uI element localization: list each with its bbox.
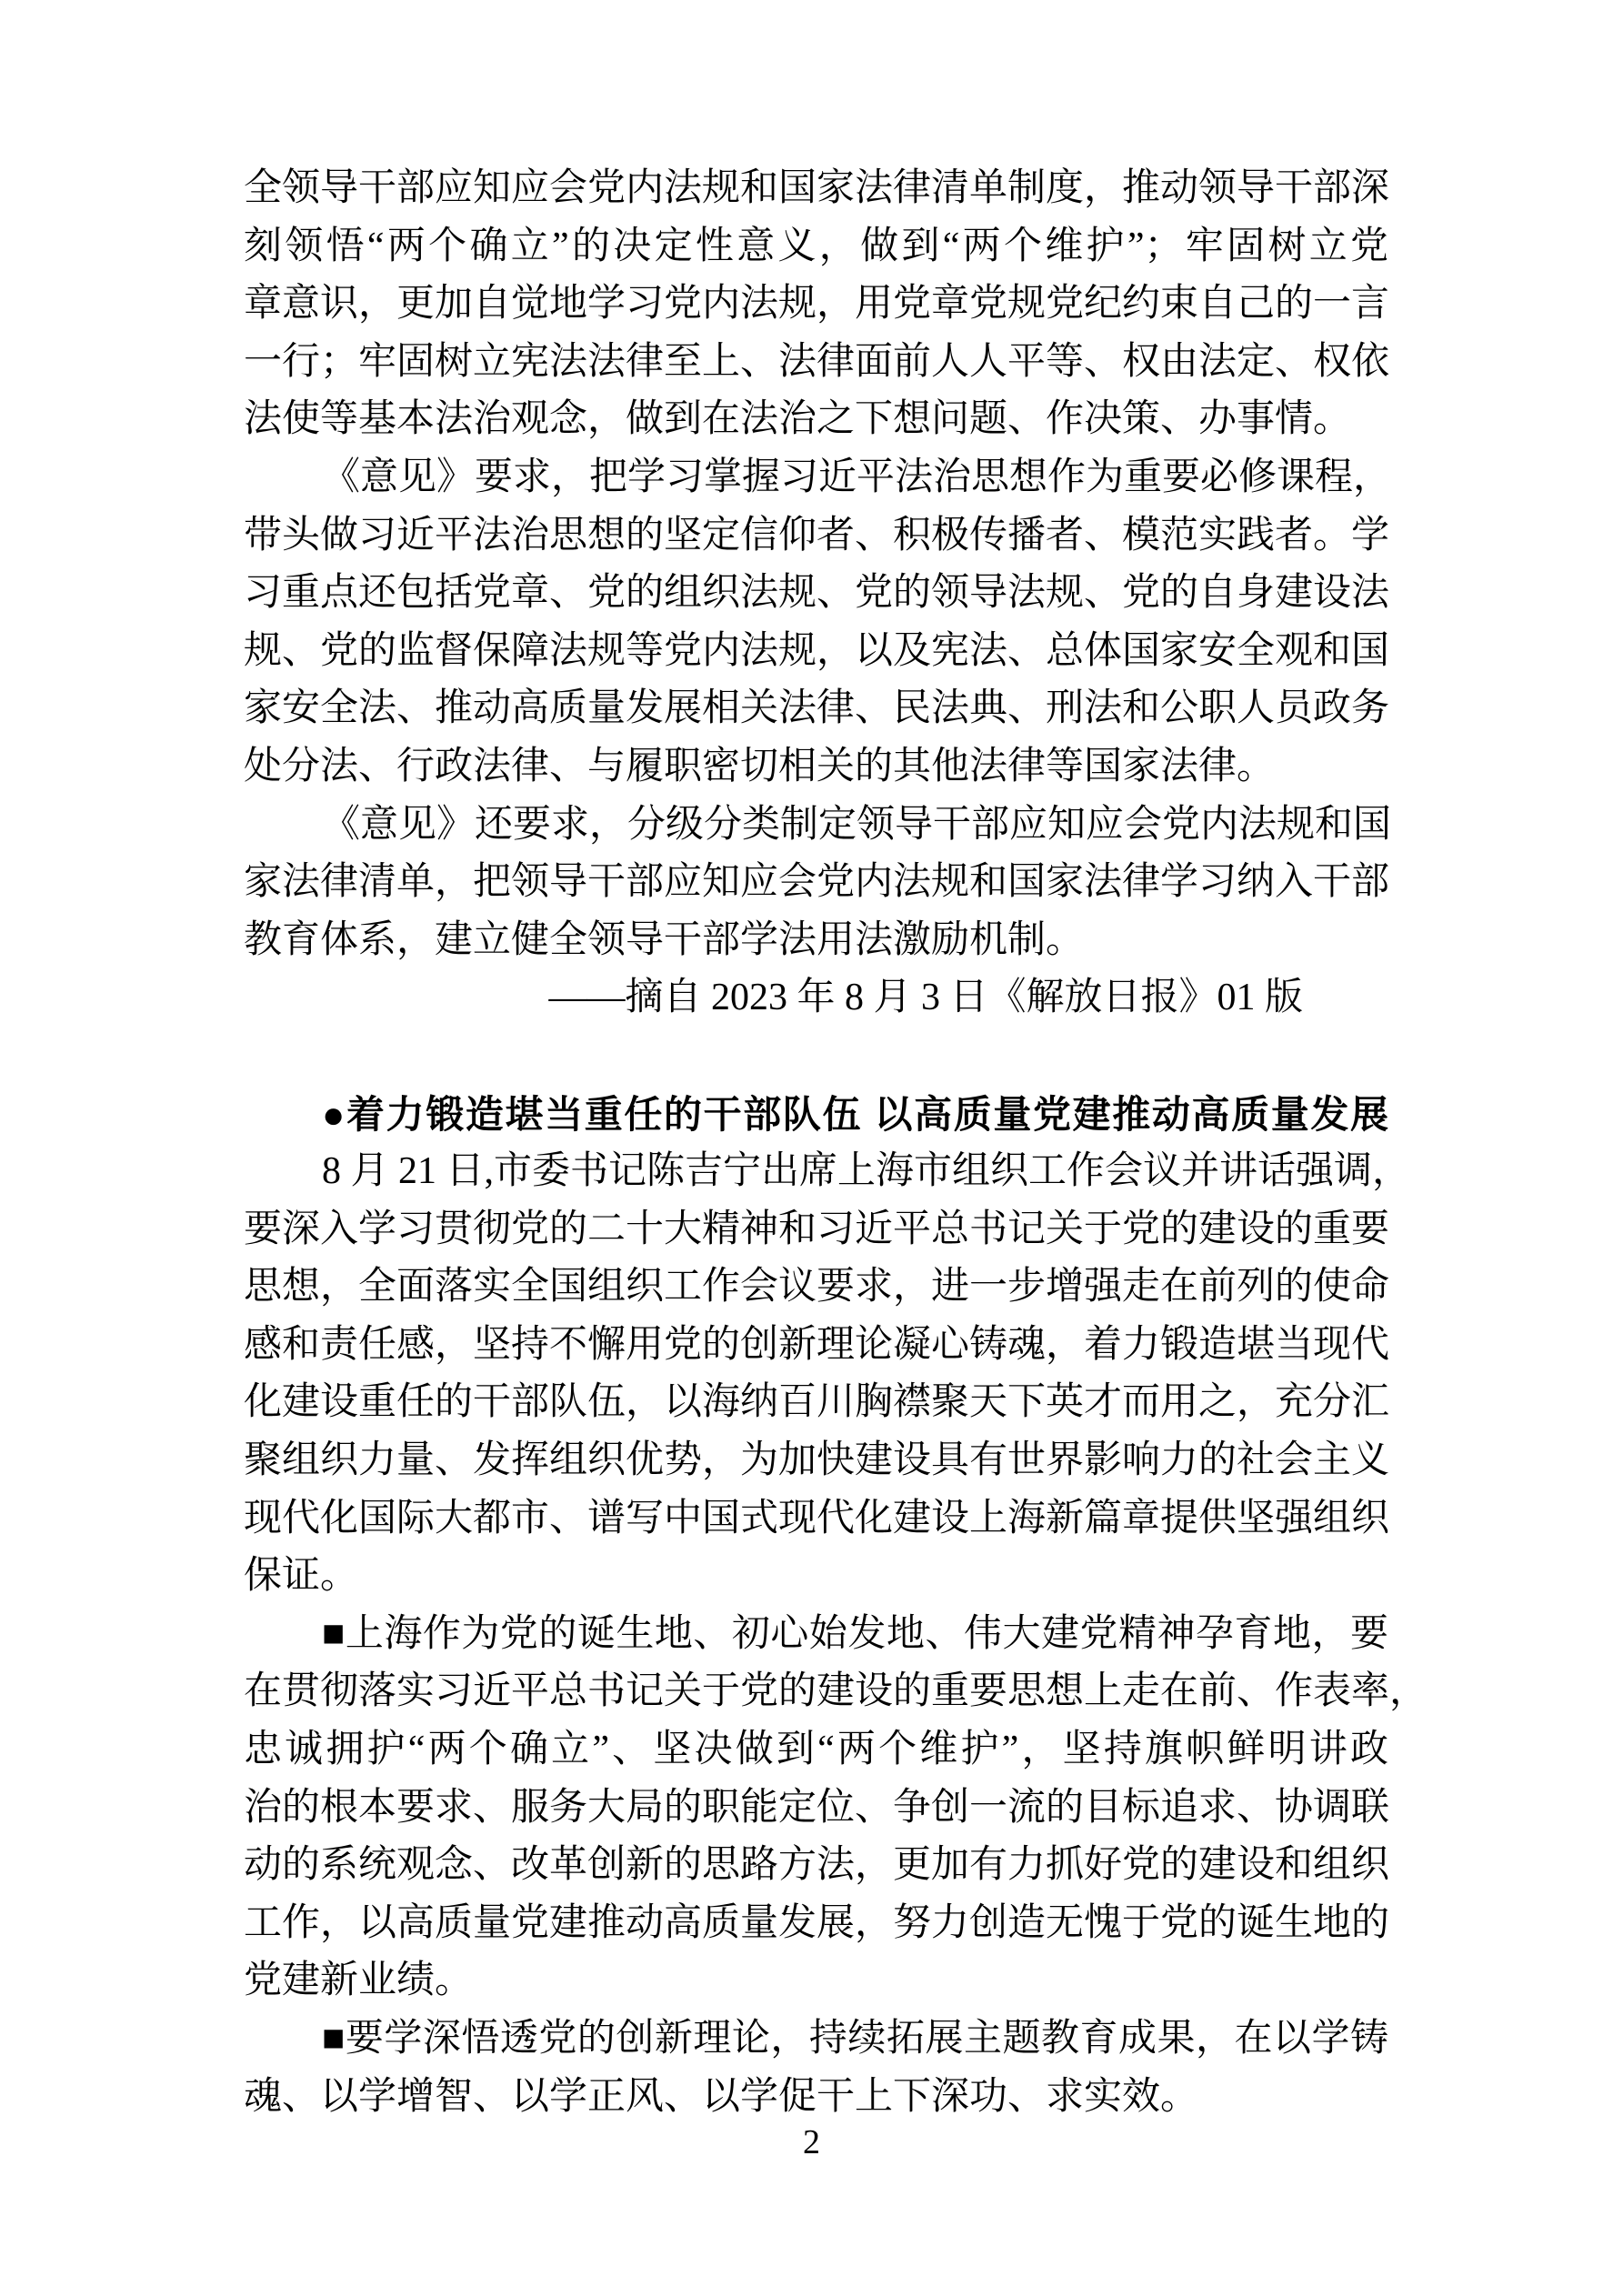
text-line: 8 月 21 日,市委书记陈吉宁出席上海市组织工作会议并讲话强调， [244,1143,1388,1201]
text-line: 现代化国际大都市、谱写中国式现代化建设上海新篇章提供坚强组织 [244,1490,1388,1549]
text-line: 感和责任感，坚持不懈用党的创新理论凝心铸魂，着力锻造堪当现代 [244,1317,1388,1375]
text-line: 忠诚拥护“两个确立”、坚决做到“两个维护”，坚持旗帜鲜明讲政 [244,1721,1388,1780]
text-line: 处分法、行政法律、与履职密切相关的其他法律等国家法律。 [244,738,1388,797]
text-line: 带头做习近平法治思想的坚定信仰者、积极传播者、模范实践者。学 [244,507,1388,566]
text-line: 《意见》还要求，分级分类制定领导干部应知应会党内法规和国 [244,797,1388,855]
attribution-line: ——摘自 2023 年 8 月 3 日《解放日报》01 版 [244,969,1388,1028]
text-line: 一行；牢固树立宪法法律至上、法律面前人人平等、权由法定、权依 [244,334,1388,392]
document-body: 全领导干部应知应会党内法规和国家法律清单制度，推动领导干部深刻领悟“两个确立”的… [244,160,1388,2126]
text-line: 家安全法、推动高质量发展相关法律、民法典、刑法和公职人员政务 [244,680,1388,738]
text-line: 章意识，更加自觉地学习党内法规，用党章党规党纪约束自己的一言 [244,276,1388,334]
text-line: 《意见》要求，把学习掌握习近平法治思想作为重要必修课程， [244,449,1388,507]
text-line: 魂、以学增智、以学正风、以学促干上下深功、求实效。 [244,2069,1388,2127]
text-line: 全领导干部应知应会党内法规和国家法律清单制度，推动领导干部深 [244,160,1388,218]
text-line: 规、党的监督保障法规等党内法规，以及宪法、总体国家安全观和国 [244,623,1388,681]
page-number: 2 [803,2123,820,2161]
text-line: 工作，以高质量党建推动高质量发展，努力创造无愧于党的诞生地的 [244,1895,1388,1953]
text-line: 教育体系，建立健全领导干部学法用法激励机制。 [244,912,1388,970]
section-heading: ●着力锻造堪当重任的干部队伍 以高质量党建推动高质量发展 [244,1086,1388,1144]
text-line: 刻领悟“两个确立”的决定性意义，做到“两个维护”；牢固树立党 [244,218,1388,276]
text-line: ■上海作为党的诞生地、初心始发地、伟大建党精神孕育地，要 [244,1606,1388,1664]
page-footer: 2 [0,2122,1623,2162]
text-line: 思想，全面落实全国组织工作会议要求，进一步增强走在前列的使命 [244,1258,1388,1317]
text-line: 化建设重任的干部队伍，以海纳百川胸襟聚天下英才而用之，充分汇 [244,1374,1388,1432]
text-line: 法使等基本法治观念，做到在法治之下想问题、作决策、办事情。 [244,391,1388,449]
text-line: ■要学深悟透党的创新理论，持续拓展主题教育成果，在以学铸 [244,2010,1388,2069]
text-line: 要深入学习贯彻党的二十大精神和习近平总书记关于党的建设的重要 [244,1201,1388,1259]
text-line: 家法律清单，把领导干部应知应会党内法规和国家法律学习纳入干部 [244,854,1388,912]
text-line: 治的根本要求、服务大局的职能定位、争创一流的目标追求、协调联 [244,1780,1388,1838]
text-line: 在贯彻落实习近平总书记关于党的建设的重要思想上走在前、作表率， [244,1663,1388,1721]
text-line: 党建新业绩。 [244,1952,1388,2010]
document-page: 全领导干部应知应会党内法规和国家法律清单制度，推动领导干部深刻领悟“两个确立”的… [0,0,1623,2296]
text-line: 保证。 [244,1548,1388,1606]
text-line: 动的系统观念、改革创新的思路方法，更加有力抓好党的建设和组织 [244,1837,1388,1895]
text-line: 聚组织力量、发挥组织优势，为加快建设具有世界影响力的社会主义 [244,1432,1388,1490]
paragraph-spacer [244,1028,1388,1086]
text-line: 习重点还包括党章、党的组织法规、党的领导法规、党的自身建设法 [244,565,1388,623]
